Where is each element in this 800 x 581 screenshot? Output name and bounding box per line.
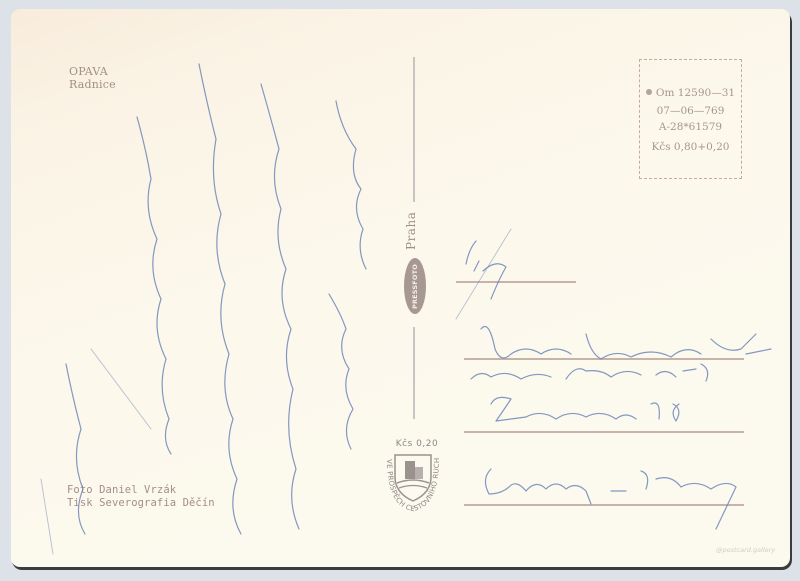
- address-line-4: [464, 504, 744, 506]
- handwritten-address: [456, 229, 771, 529]
- center-divider-bottom: [413, 327, 415, 419]
- postcard-caption: OPAVA Radnice: [69, 65, 116, 91]
- pressfoto-logo-text: PRESSFOTO: [411, 264, 419, 309]
- watermark: @postcard.gallery: [716, 546, 775, 554]
- postage-price: Kčs 0,20: [387, 439, 447, 449]
- address-line-2: [464, 358, 744, 360]
- print-credit: Tisk Severografia Děčín: [67, 497, 215, 510]
- center-divider-top: [413, 57, 415, 202]
- postcard-back: OPAVA Radnice Foto Daniel Vrzák Tisk Sev…: [11, 9, 790, 567]
- postcard-credits: Foto Daniel Vrzák Tisk Severografia Děčí…: [67, 484, 215, 510]
- stamp-price: Kčs 0,80+0,20: [640, 141, 741, 153]
- stamp-order-line: Om 12590—31: [640, 87, 741, 99]
- address-line-3: [464, 431, 744, 433]
- stamp-order-number: Om 12590—31: [656, 87, 735, 99]
- pressfoto-logo-icon: PRESSFOTO: [404, 258, 426, 314]
- stamp-date-code: 07—06—769: [640, 105, 741, 117]
- stamp-box: Om 12590—31 07—06—769 A-28*61579 Kčs 0,8…: [639, 59, 742, 179]
- address-line-1: [456, 281, 576, 283]
- handwritten-message: [41, 64, 366, 554]
- castle-icon: VE PROSPĚCH CESTOVNÍHO RUCHU: [373, 437, 453, 517]
- publisher-mark: Praha PRESSFOTO: [401, 204, 431, 324]
- caption-city: OPAVA: [69, 65, 116, 78]
- postage-mark: Kčs 0,20 VE PROSPĚCH CESTOVNÍHO RUCHU: [373, 437, 453, 517]
- publisher-city: Praha: [404, 208, 426, 250]
- caption-subject: Radnice: [69, 78, 116, 91]
- photo-credit: Foto Daniel Vrzák: [67, 484, 215, 497]
- stamp-series: A-28*61579: [640, 121, 741, 133]
- bullet-icon: [646, 89, 652, 95]
